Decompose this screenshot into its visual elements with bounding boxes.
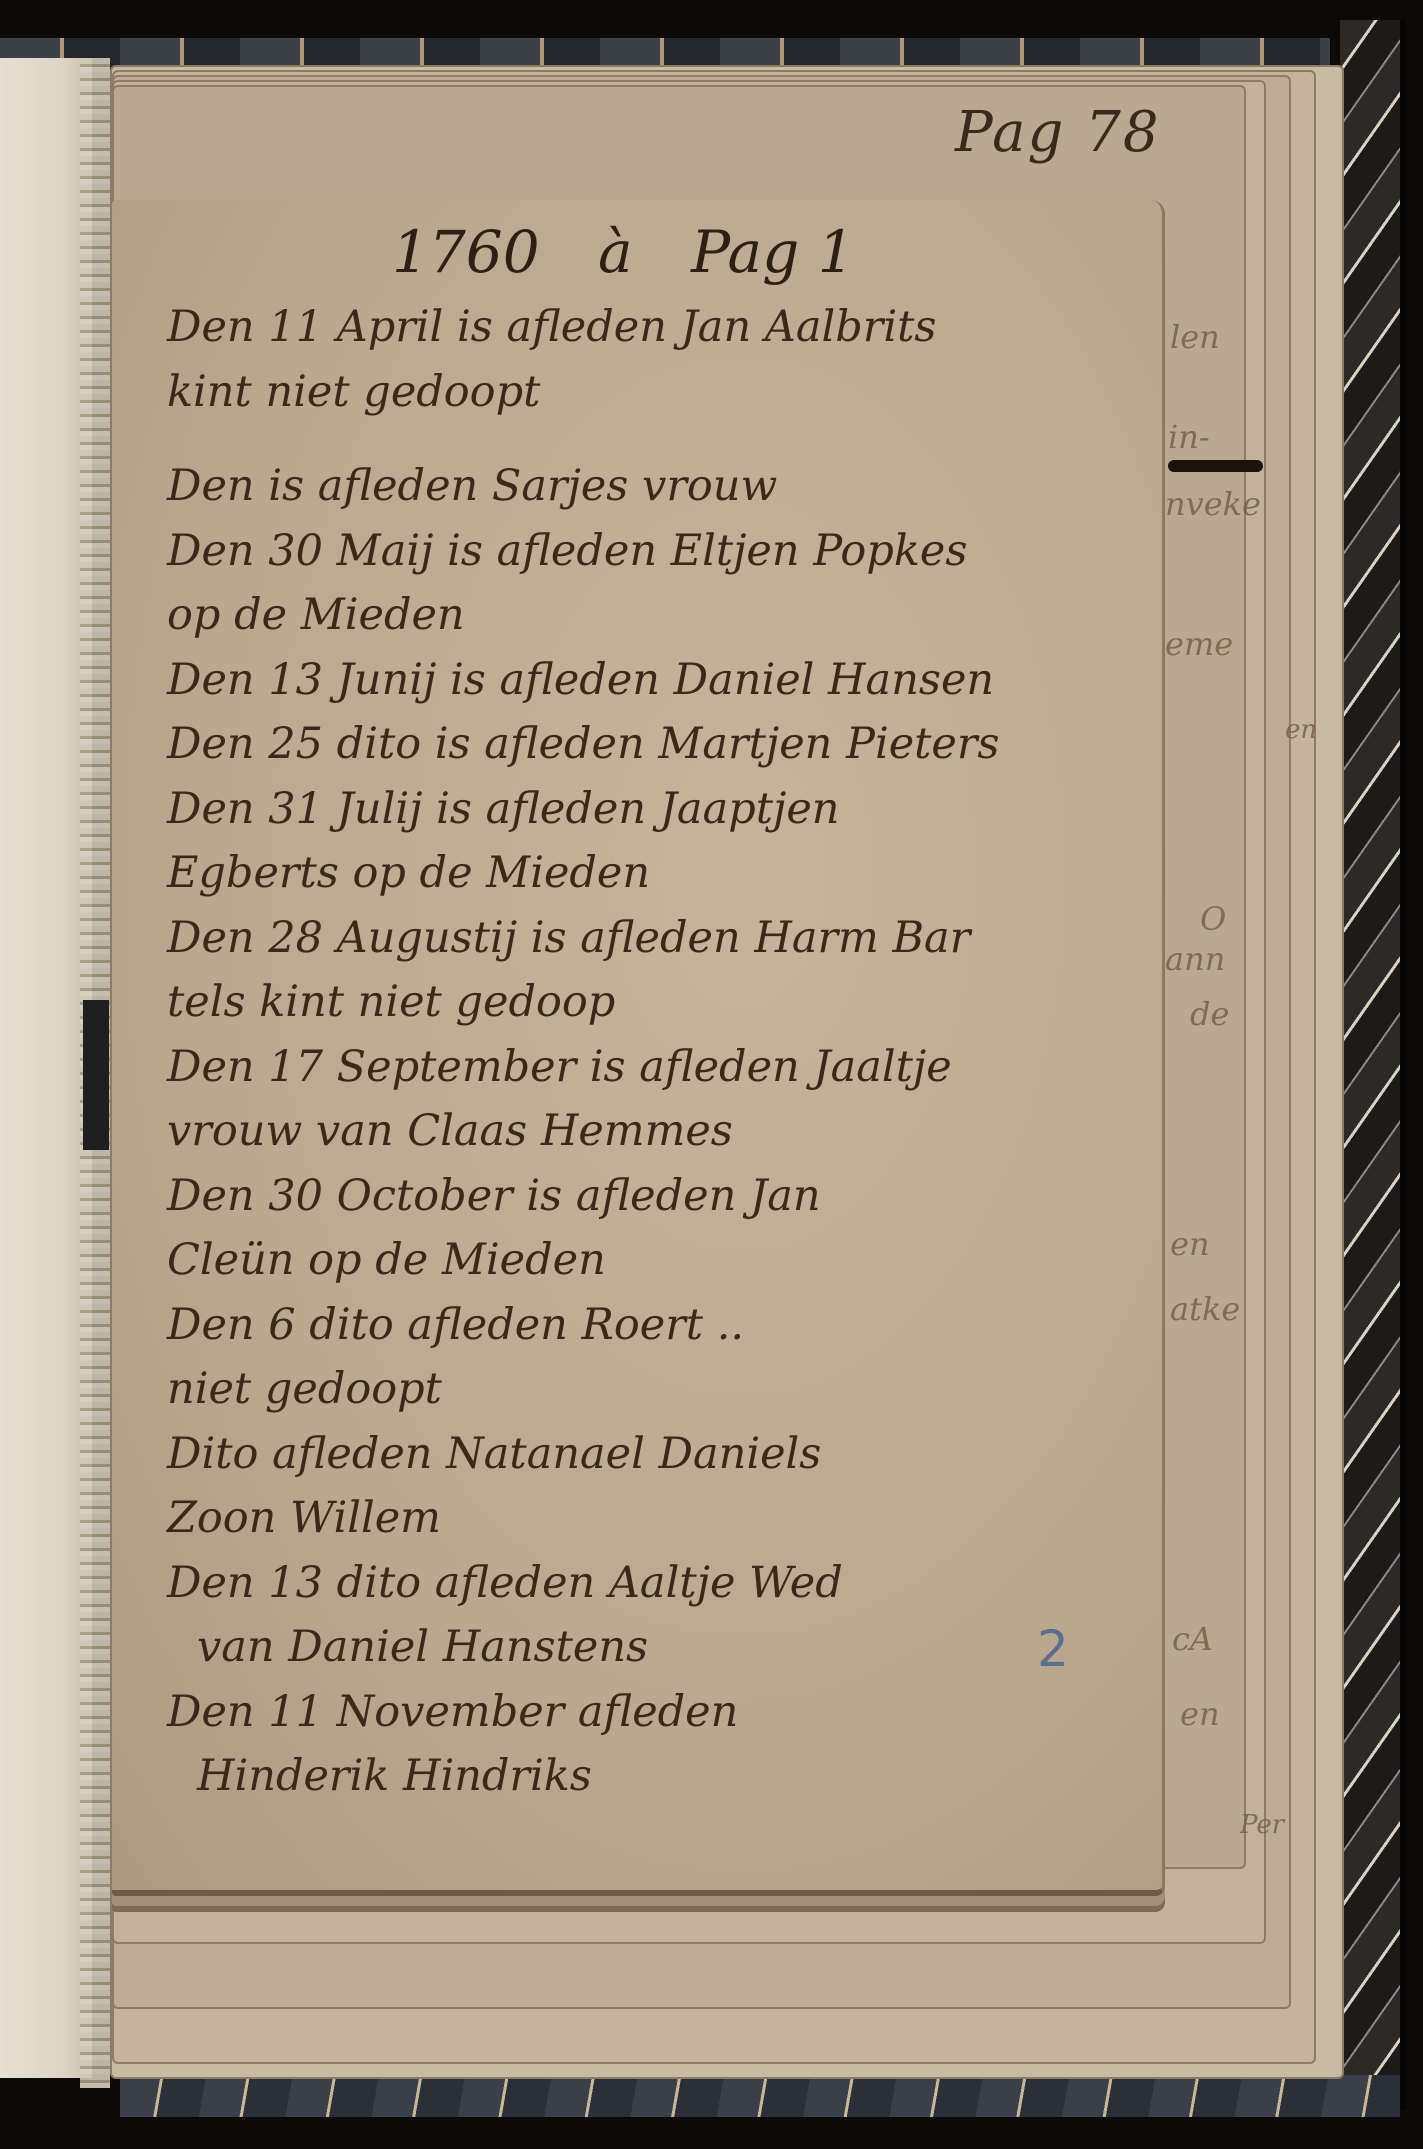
marbled-cover-bottom-edge (120, 2075, 1400, 2117)
edge-fragment: len (1170, 318, 1220, 356)
entry-line: Den 25 dito is afleden Martjen Pieters (167, 712, 1167, 777)
corner-page-number: Pag 78 (955, 100, 1160, 165)
edge-fragment: ann (1165, 940, 1225, 978)
edge-fragment: O (1200, 900, 1226, 938)
header-mark: à (598, 218, 633, 286)
entry-line: Egberts op de Mieden (167, 841, 1167, 906)
left-endpaper (0, 58, 92, 2078)
entry-line: Den 30 October is afleden Jan (167, 1164, 1167, 1229)
entry-line: op de Mieden (167, 583, 1167, 648)
edge-fragment: atke (1170, 1290, 1240, 1328)
entry-line: Dito afleden Natanael Daniels (167, 1422, 1167, 1487)
entry-line: Den 11 April is afleden Jan Aalbrits (167, 295, 1167, 360)
page-header: 1760 à Pag 1 (392, 218, 895, 286)
entry-line: Den 6 dito afleden Roert .. (167, 1293, 1167, 1358)
entry-line: tels kint niet gedoop (167, 970, 1167, 1035)
edge-fragment: in- (1168, 418, 1210, 456)
entry-line: Den 13 dito afleden Aaltje Wed (167, 1551, 1167, 1616)
entry-line: kint niet gedoopt (167, 360, 1167, 425)
entry-line: Den 31 Julij is afleden Jaaptjen (167, 777, 1167, 842)
edge-fragment: Per (1240, 1810, 1284, 1840)
manuscript-photo: Pag 78 len in- nveke eme en O ann de en … (0, 0, 1423, 2149)
burial-entries: Den 11 April is afleden Jan Aalbrits kin… (167, 295, 1167, 1809)
edge-fragment: cA (1172, 1620, 1213, 1658)
edge-fragment: de (1190, 995, 1229, 1033)
entry-line: niet gedoopt (167, 1357, 1167, 1422)
entry-line: Den 11 November afleden (167, 1680, 1167, 1745)
year: 1760 (392, 218, 540, 286)
ink-blot (1168, 460, 1263, 472)
entry-line: Den 28 Augustij is afleden Harm Bar (167, 906, 1167, 971)
edge-fragment: eme (1165, 625, 1233, 663)
margin-annotation: 2 (1037, 1620, 1069, 1678)
entry-line: Zoon Willem (167, 1486, 1167, 1551)
edge-fragment: en (1180, 1695, 1220, 1733)
edge-fragment: en (1170, 1225, 1210, 1263)
marbled-back-cover (1340, 20, 1406, 2110)
entry-line: Cleün op de Mieden (167, 1228, 1167, 1293)
entry-line: Den 13 Junij is afleden Daniel Hansen (167, 648, 1167, 713)
edge-fragment: en (1285, 715, 1317, 745)
binding-tape (83, 1000, 109, 1150)
entry-line: vrouw van Claas Hemmes (167, 1099, 1167, 1164)
edge-fragment: nveke (1165, 485, 1261, 523)
entry-line: Hinderik Hindriks (167, 1744, 1167, 1809)
entry-line: Den 30 Maij is afleden Eltjen Popkes (167, 519, 1167, 584)
register-page: 1760 à Pag 1 Den 11 April is afleden Jan… (112, 200, 1165, 1896)
entry-line: van Daniel Hanstens (167, 1615, 1167, 1680)
entry-line: Den 17 September is afleden Jaaltje (167, 1035, 1167, 1100)
page-label: Pag 1 (691, 218, 854, 286)
book-cover-top-edge (0, 38, 1330, 68)
entry-line: Den is afleden Sarjes vrouw (167, 454, 1167, 519)
